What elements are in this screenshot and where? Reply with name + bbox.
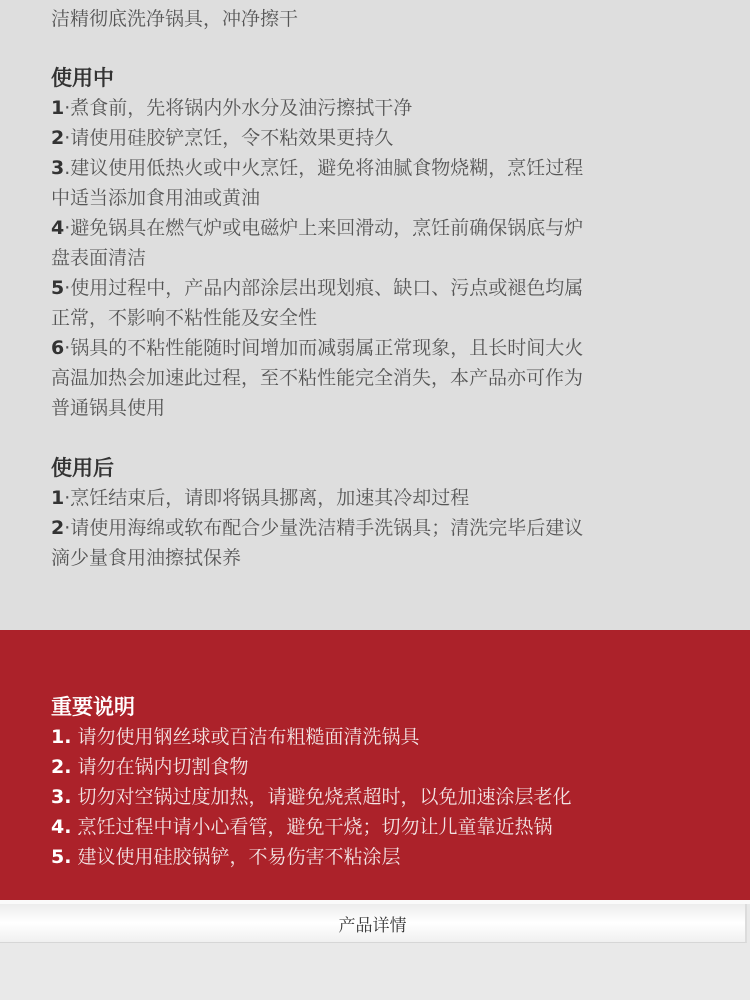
list-item: 2·请使用海绵或软布配合少量洗洁精手洗锅具；清洗完毕后建议滴少量食用油擦拭保养 (51, 513, 711, 573)
during-use-title: 使用中 (51, 63, 711, 93)
continuation-text: 洁精彻底洗净锅具，冲净擦干 (51, 4, 711, 34)
list-item: 2·请使用硅胶铲烹饪，令不粘效果更持久 (51, 123, 711, 153)
list-item: 1·煮食前，先将锅内外水分及油污擦拭干净 (51, 93, 711, 123)
list-item: 4·避免锅具在燃气炉或电磁炉上来回滑动，烹饪前确保锅底与炉盘表面清洁 (51, 213, 711, 273)
usage-instructions-section: 洁精彻底洗净锅具，冲净擦干 使用中 1·煮食前，先将锅内外水分及油污擦拭干净 2… (0, 0, 750, 630)
after-use-block: 使用后 1·烹饪结束后，请即将锅具挪离，加速其冷却过程 2·请使用海绵或软布配合… (51, 453, 711, 573)
during-use-block: 使用中 1·煮食前，先将锅内外水分及油污擦拭干净 2·请使用硅胶铲烹饪，令不粘效… (51, 63, 711, 423)
after-use-list: 1·烹饪结束后，请即将锅具挪离，加速其冷却过程 2·请使用海绵或软布配合少量洗洁… (51, 483, 711, 573)
product-details-label: 产品详情 (339, 911, 407, 936)
list-item: 2. 请勿在锅内切割食物 (51, 752, 731, 782)
previous-step-continuation: 洁精彻底洗净锅具，冲净擦干 (51, 4, 711, 34)
during-use-list: 1·煮食前，先将锅内外水分及油污擦拭干净 2·请使用硅胶铲烹饪，令不粘效果更持久… (51, 93, 711, 423)
list-item: 1·烹饪结束后，请即将锅具挪离，加速其冷却过程 (51, 483, 711, 513)
important-notice-section: 重要说明 1. 请勿使用钢丝球或百洁布粗糙面清洗锅具 2. 请勿在锅内切割食物 … (0, 630, 750, 900)
after-use-title: 使用后 (51, 453, 711, 483)
list-item: 3. 切勿对空锅过度加热，请避免烧煮超时，以免加速涂层老化 (51, 782, 731, 812)
list-item: 5·使用过程中，产品内部涂层出现划痕、缺口、污点或褪色均属正常，不影响不粘性能及… (51, 273, 711, 333)
list-item: 4. 烹饪过程中请小心看管，避免干烧；切勿让儿童靠近热锅 (51, 812, 731, 842)
list-item: 6·锅具的不粘性能随时间增加而减弱属正常现象，且长时间大火高温加热会加速此过程，… (51, 333, 711, 423)
list-item: 3.建议使用低热火或中火烹饪，避免将油腻食物烧糊，烹饪过程中适当添加食用油或黄油 (51, 153, 711, 213)
product-details-tab[interactable]: 产品详情 (0, 904, 747, 943)
list-item: 1. 请勿使用钢丝球或百洁布粗糙面清洗锅具 (51, 722, 731, 752)
important-notice-block: 重要说明 1. 请勿使用钢丝球或百洁布粗糙面清洗锅具 2. 请勿在锅内切割食物 … (51, 692, 731, 872)
list-item: 5. 建议使用硅胶锅铲，不易伤害不粘涂层 (51, 842, 731, 872)
important-notice-title: 重要说明 (51, 692, 731, 722)
